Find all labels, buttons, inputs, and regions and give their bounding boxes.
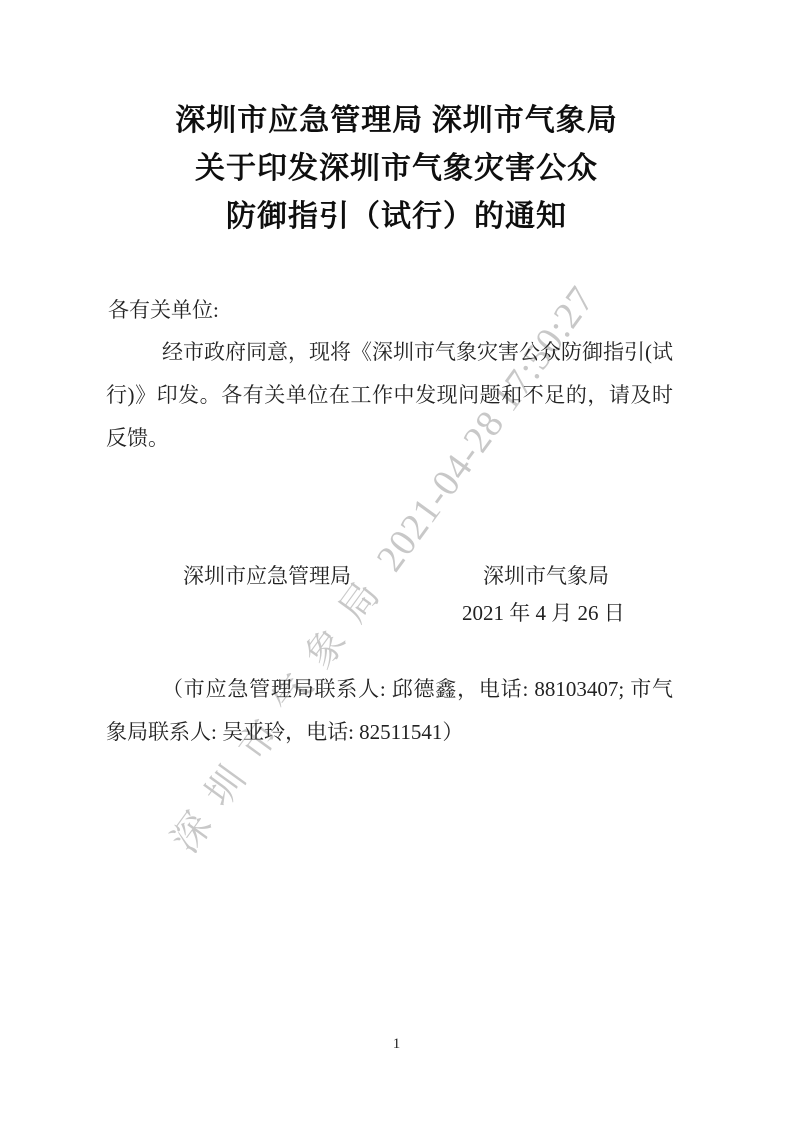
signature-org-left: 深圳市应急管理局 bbox=[183, 560, 351, 590]
title-line-1: 深圳市应急管理局 深圳市气象局 bbox=[0, 97, 793, 145]
signature-date: 2021 年 4 月 26 日 bbox=[462, 597, 625, 627]
document-title: 深圳市应急管理局 深圳市气象局 关于印发深圳市气象灾害公众 防御指引（试行）的通… bbox=[0, 97, 793, 241]
title-line-3: 防御指引（试行）的通知 bbox=[0, 193, 793, 241]
signature-org-right: 深圳市气象局 bbox=[483, 560, 609, 590]
salutation: 各有关单位: bbox=[108, 294, 219, 326]
contact-info: （市应急管理局联系人: 邱德鑫，电话: 88103407; 市气象局联系人: 吴… bbox=[106, 668, 673, 754]
title-line-2: 关于印发深圳市气象灾害公众 bbox=[0, 145, 793, 193]
document-page: 深圳市气象局2021-04-28 17:50:27 深圳市应急管理局 深圳市气象… bbox=[0, 0, 793, 1121]
page-number: 1 bbox=[0, 1036, 793, 1053]
body-paragraph: 经市政府同意，现将《深圳市气象灾害公众防御指引(试行)》印发。各有关单位在工作中… bbox=[106, 331, 673, 460]
